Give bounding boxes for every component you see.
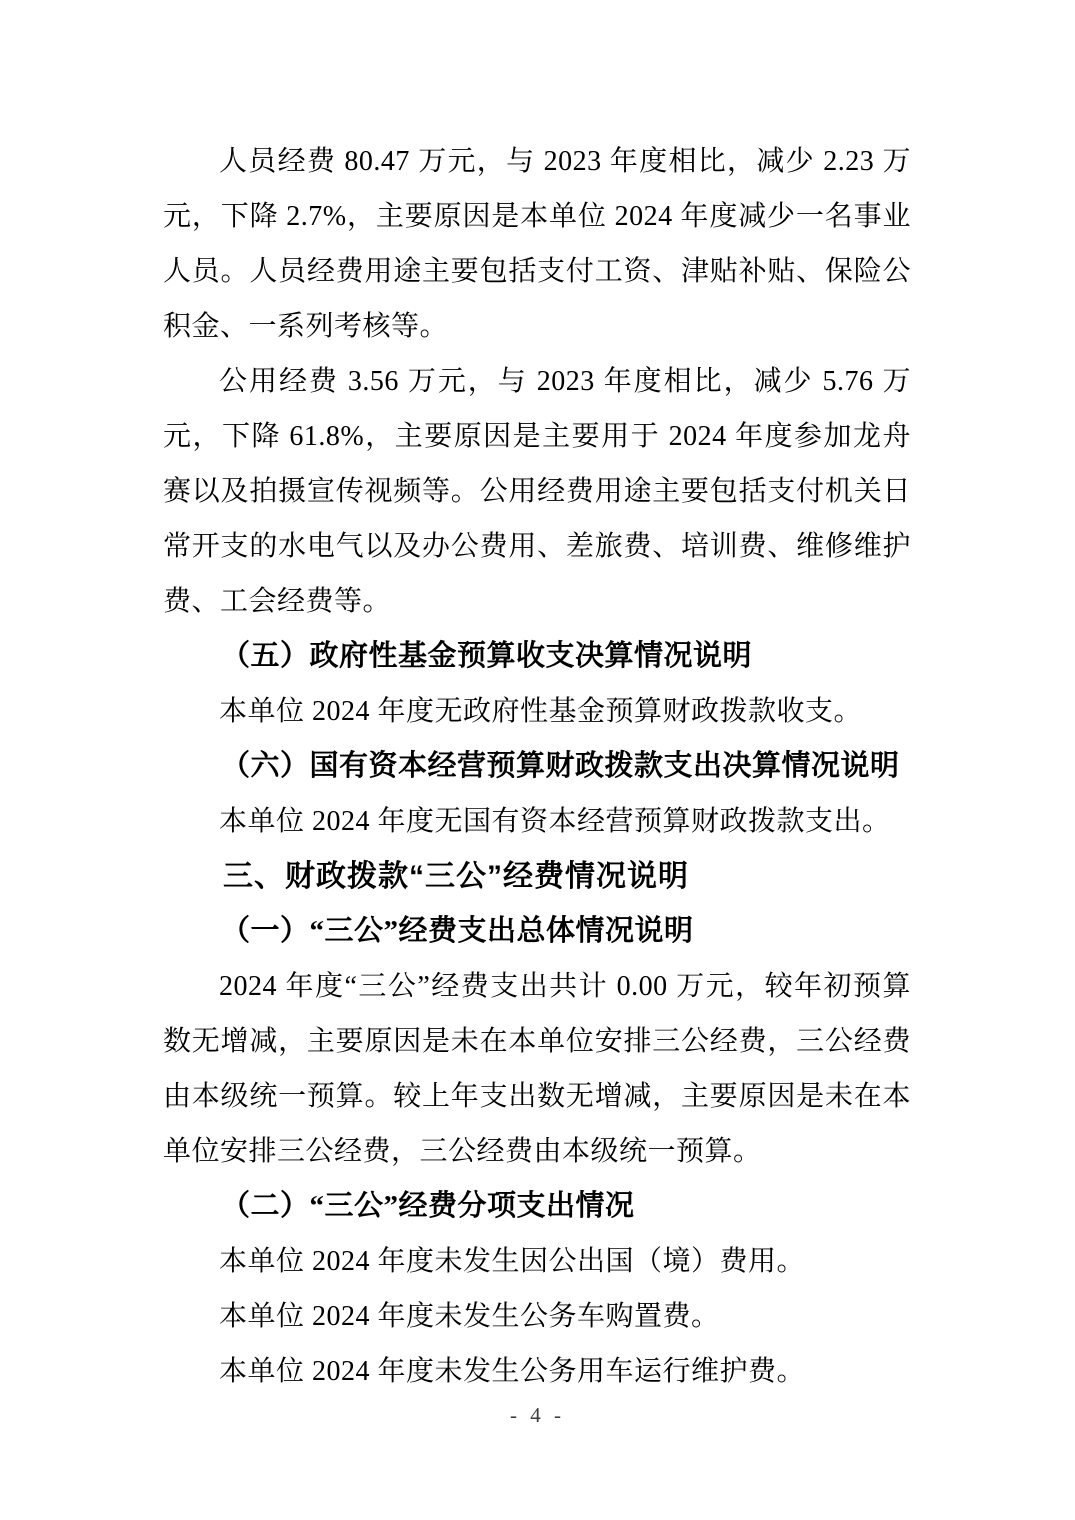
para-no-abroad-expense: 本单位 2024 年度未发生因公出国（境）费用。 xyxy=(163,1234,911,1289)
heading-overall-spending: （一）“三公”经费支出总体情况说明 xyxy=(163,904,911,959)
page-footer: - 4 - xyxy=(0,1400,1075,1430)
heading-section-five: （五）政府性基金预算收支决算情况说明 xyxy=(163,629,911,684)
para-no-vehicle-maintenance: 本单位 2024 年度未发生公务用车运行维护费。 xyxy=(163,1344,911,1399)
para-overall-spending: 2024 年度“三公”经费支出共计 0.00 万元，较年初预算数无增减，主要原因… xyxy=(163,959,911,1179)
document-body: 人员经费 80.47 万元，与 2023 年度相比，减少 2.23 万元，下降 … xyxy=(163,134,911,1399)
para-state-capital-budget: 本单位 2024 年度无国有资本经营预算财政拨款支出。 xyxy=(163,794,911,849)
para-personnel-expense: 人员经费 80.47 万元，与 2023 年度相比，减少 2.23 万元，下降 … xyxy=(163,134,911,354)
heading-itemized-spending: （二）“三公”经费分项支出情况 xyxy=(163,1179,911,1234)
para-no-vehicle-purchase: 本单位 2024 年度未发生公务车购置费。 xyxy=(163,1289,911,1344)
page-number: - 4 - xyxy=(510,1403,565,1427)
heading-section-six: （六）国有资本经营预算财政拨款支出决算情况说明 xyxy=(163,739,911,794)
para-public-expense: 公用经费 3.56 万元，与 2023 年度相比，减少 5.76 万元，下降 6… xyxy=(163,354,911,629)
heading-three-public-funds: 三、财政拨款“三公”经费情况说明 xyxy=(163,849,911,904)
para-govt-fund-budget: 本单位 2024 年度无政府性基金预算财政拨款收支。 xyxy=(163,684,911,739)
document-page: 人员经费 80.47 万元，与 2023 年度相比，减少 2.23 万元，下降 … xyxy=(0,0,1075,1520)
